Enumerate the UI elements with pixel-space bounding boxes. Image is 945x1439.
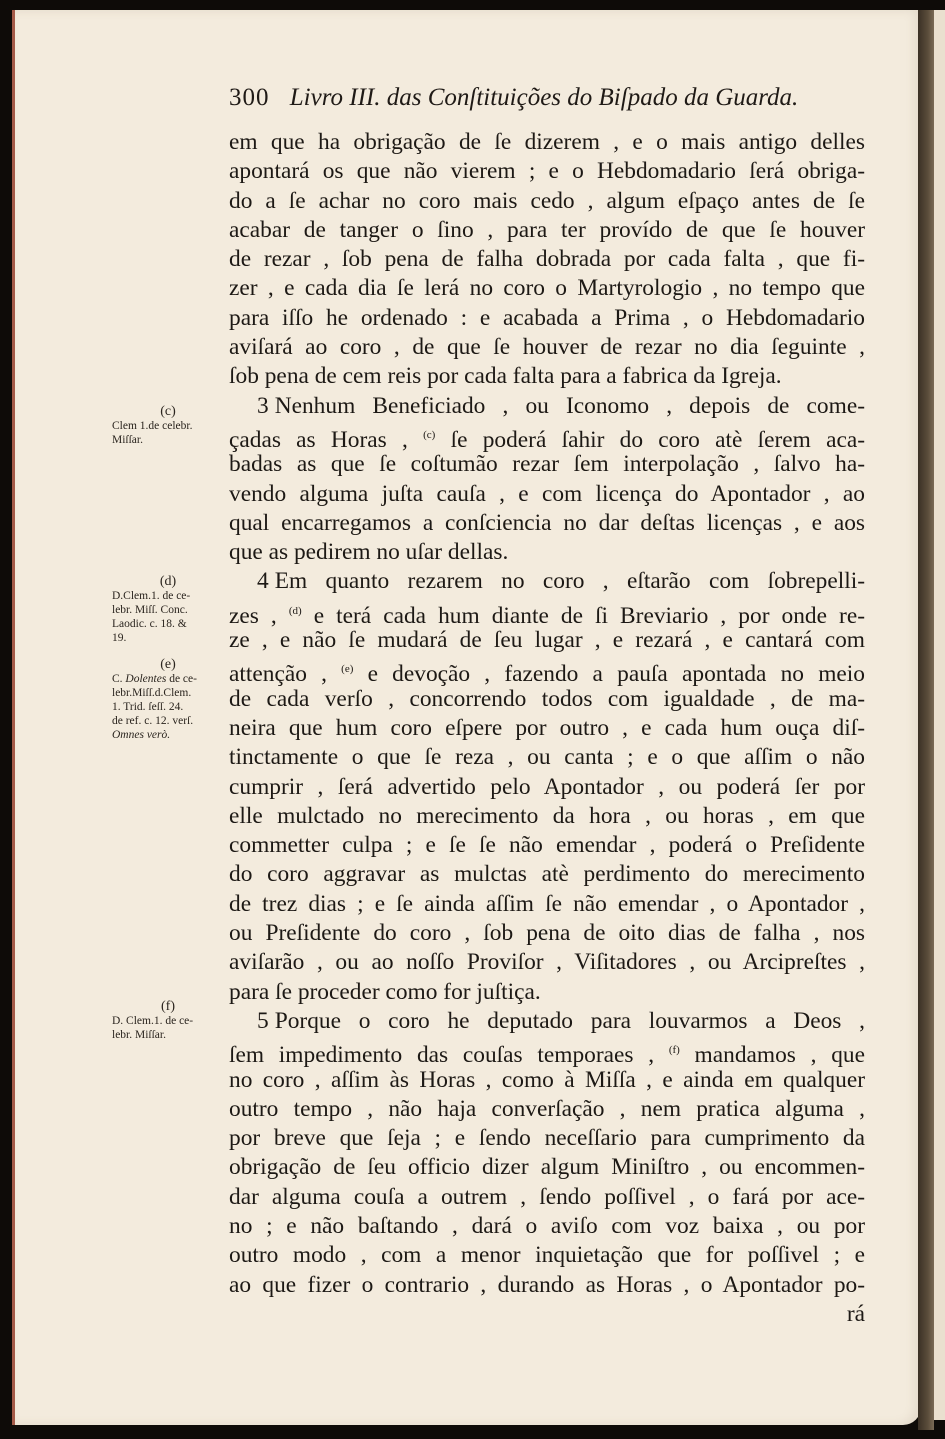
text-line: dar alguma couſa a outrem , ſendo poſſiv… — [229, 1183, 865, 1212]
footnote-ref-c: (c) — [423, 429, 435, 441]
paragraph-4-start: 4Em quanto rezarem no coro , eſtarão com… — [229, 567, 865, 596]
text-line: commetter culpa ; e ſe ſe não emendar , … — [229, 831, 865, 860]
text-line: qual encarregamos a conſciencia no dar d… — [229, 509, 865, 538]
text-line: aviſarão , ou ao noſſo Proviſor , Viſita… — [229, 948, 865, 977]
running-header: 300 Livro III. das Conſtituições do Biſp… — [229, 84, 869, 112]
page-number: 300 — [229, 84, 270, 111]
text-line: outro modo , com a menor inquietação que… — [229, 1241, 865, 1270]
paragraph-number: 5 — [257, 1008, 269, 1034]
text-line: cumprir , ſerá advertido pelo Apontador … — [229, 773, 865, 802]
margin-note-mark: (f) — [112, 1000, 224, 1014]
text-line: de cada verſo , concorrendo todos com ig… — [229, 685, 865, 714]
text-line: vendo alguma juſta cauſa , e com licença… — [229, 480, 865, 509]
text-line: zes , (d) e terá cada hum diante de ſi B… — [229, 597, 865, 626]
margin-note-e: (e) C. Dolentes de ce- lebr.Miſſ.d.Clem.… — [112, 658, 224, 742]
footnote-ref-f: (f) — [669, 1044, 680, 1056]
main-text: em que ha obrigação de ſe dizerem , e o … — [229, 128, 865, 1329]
text-line: ze , e não ſe mudará de ſeu lugar , e re… — [229, 626, 865, 655]
text-line: em que ha obrigação de ſe dizerem , e o … — [229, 128, 865, 157]
text-line: neira que hum coro eſpere por outro , e … — [229, 714, 865, 743]
text-line: outro tempo , não haja converſação , nem… — [229, 1095, 865, 1124]
margin-note-mark: (c) — [112, 405, 224, 419]
book-spine — [918, 10, 934, 1430]
text-line: aviſará ao coro , de que ſe houver de re… — [229, 333, 865, 362]
text-line: obrigação de ſeu officio dizer algum Min… — [229, 1153, 865, 1182]
paragraph-number: 4 — [257, 568, 269, 594]
text-line: ſob pena de cem reis por cada falta para… — [229, 362, 865, 391]
footnote-ref-d: (d) — [289, 605, 302, 617]
text-line: no coro , aſſim às Horas , como à Miſſa … — [229, 1066, 865, 1095]
paragraph-3-start: 3Nenhum Beneficiado , ou Iconomo , depoi… — [229, 392, 865, 421]
text-line: ou Preſidente do coro , ſob pena de oito… — [229, 919, 865, 948]
text-line: attenção , (e) e devoção , fazendo a pau… — [229, 655, 865, 684]
text-line: do a ſe achar no coro mais cedo , algum … — [229, 187, 865, 216]
text-line: badas as que ſe coſtumão rezar ſem inter… — [229, 450, 865, 479]
text-line: apontará os que não vierem ; e o Hebdoma… — [229, 157, 865, 186]
paragraph-5-start: 5Porque o coro he deputado para louvarmo… — [229, 1007, 865, 1036]
text-line: elle mulctado no merecimento da hora , o… — [229, 802, 865, 831]
margin-note-mark: (e) — [112, 658, 224, 672]
text-line: tinctamente o que ſe reza , ou canta ; e… — [229, 743, 865, 772]
text-line: de rezar , ſob pena de falha dobrada por… — [229, 245, 865, 274]
text-line: çadas as Horas , (c) ſe poderá ſahir do … — [229, 421, 865, 450]
catchword: rá — [229, 1300, 865, 1329]
margin-note-mark: (d) — [112, 575, 224, 589]
footnote-ref-e: (e) — [341, 663, 353, 675]
text-line: que as pedirem no uſar dellas. — [229, 538, 865, 567]
text-line: por breve que ſeja ; e ſendo neceſſario … — [229, 1124, 865, 1153]
text-line: ao que fizer o contrario , durando as Ho… — [229, 1271, 865, 1300]
text-line: para ſe proceder como for juſtiça. — [229, 978, 865, 1007]
text-line: do coro aggravar as mulctas atè perdimen… — [229, 860, 865, 889]
margin-note-f: (f) D. Clem.1. de ce- lebr. Miſſar. — [112, 1000, 224, 1042]
running-title: Livro III. das Conſtituições do Biſpado … — [290, 84, 799, 111]
margin-note-c: (c) Clem 1.de celebr. Miſſar. — [112, 405, 224, 447]
text-line: acabar de tanger o ſino , para ter proví… — [229, 216, 865, 245]
paragraph-number: 3 — [257, 393, 269, 419]
text-line: para iſſo he ordenado : e acabada a Prim… — [229, 304, 865, 333]
text-line: ſem impedimento das couſas temporaes , (… — [229, 1036, 865, 1065]
text-line: no ; e não baſtando , dará o aviſo com v… — [229, 1212, 865, 1241]
text-line: zer , e cada dia ſe lerá no coro o Marty… — [229, 274, 865, 303]
margin-note-d: (d) D.Clem.1. de ce- lebr. Miſſ. Conc. L… — [112, 575, 224, 645]
next-page-edge — [934, 10, 945, 1420]
text-line: de trez dias ; e ſe ainda aſſim ſe não e… — [229, 890, 865, 919]
